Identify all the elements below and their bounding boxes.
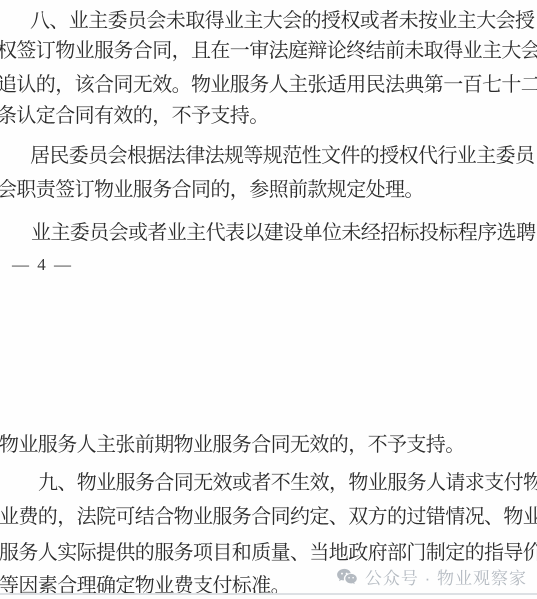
page-edge-divider: [0, 593, 537, 595]
text-line: 九、物业服务合同无效或者不生效，物业服务人请求支付物: [38, 470, 537, 496]
text-line: 八、业主委员会未取得业主大会的授权或者未按业主大会授: [30, 8, 534, 34]
watermark-label: 公众号 · 物业观察家: [365, 564, 527, 589]
wechat-icon: [336, 568, 358, 586]
text-line: 会职责签订物业服务合同的，参照前款规定处理。: [0, 177, 424, 203]
text-line: 等因素合理确定物业费支付标准。: [0, 573, 290, 599]
text-line: 追认的，该合同无效。物业服务人主张适用民法典第一百七十二: [0, 72, 537, 98]
text-line: 业主委员会或者业主代表以建设单位未经招标投标程序选聘: [31, 220, 535, 246]
watermark: 公众号 · 物业观察家: [336, 564, 527, 589]
text-line: 条认定合同有效的，不予支持。: [0, 103, 269, 129]
page-number: — 4 —: [12, 255, 73, 275]
text-line: 物业服务人主张前期物业服务合同无效的，不予支持。: [0, 432, 465, 458]
text-line: 服务人实际提供的服务项目和质量、当地政府部门制定的指导价: [0, 540, 537, 566]
scanned-document-page: 八、业主委员会未取得业主大会的授权或者未按业主大会授 权签订物业服务合同，且在一…: [0, 0, 537, 599]
text-line: 居民委员会根据法律法规等规范性文件的授权代行业主委员: [30, 143, 534, 169]
text-line: 权签订物业服务合同，且在一审法庭辩论终结前未取得业主大会: [0, 38, 537, 64]
text-line: 业费的，法院可结合物业服务合同约定、双方的过错情况、物业: [0, 504, 537, 530]
